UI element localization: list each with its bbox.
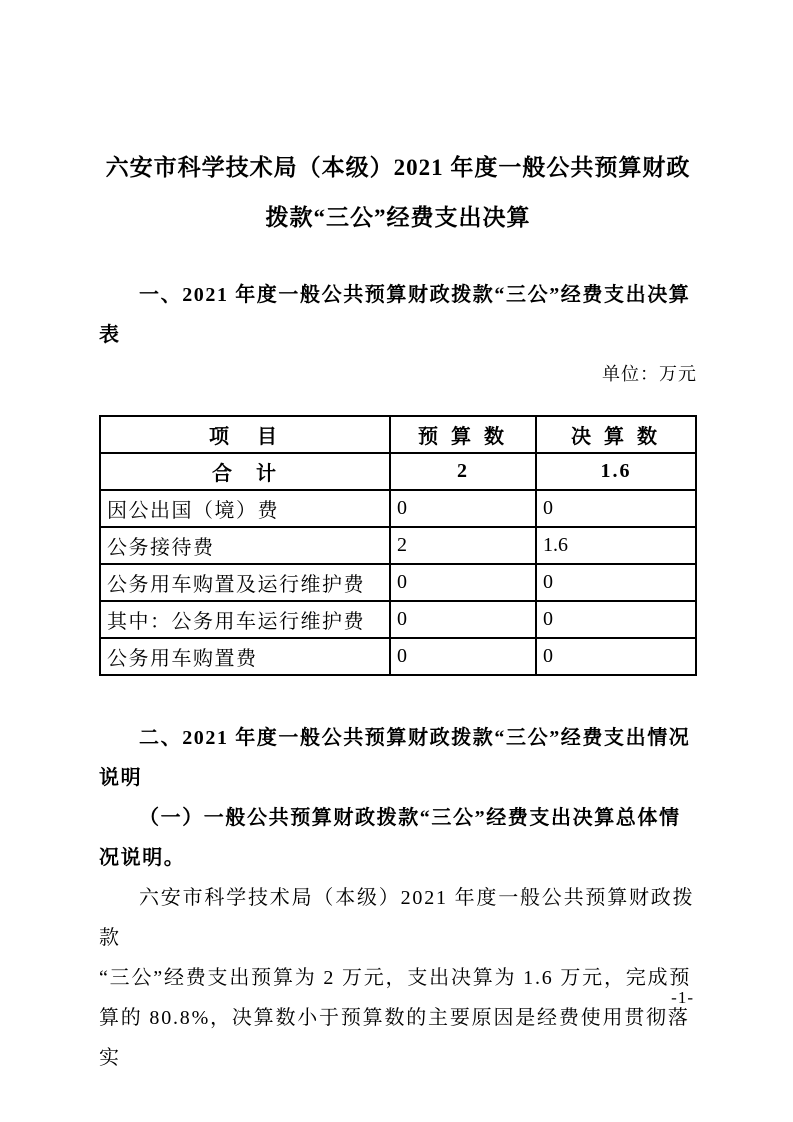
budget-value: 2 [390,453,536,490]
table-row-vehicle-purchase: 公务用车购置费 0 0 [100,638,696,675]
subsection-1-heading: （一）一般公共预算财政拨款“三公”经费支出决算总体情 况说明。 [99,798,697,878]
section-1-heading-line-1: 一、2021 年度一般公共预算财政拨款“三公”经费支出决算 [99,275,697,315]
document-title-line-2: 拨款“三公”经费支出决算 [99,193,697,243]
column-header-budget: 预 算 数 [390,416,536,453]
page-number: -1- [671,988,694,1008]
body-paragraph-line-2: “三公”经费支出预算为 2 万元，支出决算为 1.6 万元，完成预 [99,958,697,998]
budget-value: 2 [390,527,536,564]
final-value: 1.6 [536,527,696,564]
row-label: 公务用车购置及运行维护费 [100,564,390,601]
unit-label: 单位：万元 [99,359,697,389]
subsection-1-heading-line-2: 况说明。 [99,838,697,878]
final-value: 0 [536,490,696,527]
table-row-vehicle-operation: 其中：公务用车运行维护费 0 0 [100,601,696,638]
table-header-row: 项 目 预 算 数 决 算 数 [100,416,696,453]
section-1-heading-line-2: 表 [99,315,697,355]
section-2-heading-line-2: 说明 [99,758,697,798]
body-paragraph: 六安市科学技术局（本级）2021 年度一般公共预算财政拨款 “三公”经费支出预算… [99,878,697,1078]
document-title: 六安市科学技术局（本级）2021 年度一般公共预算财政 拨款“三公”经费支出决算 [99,143,697,243]
section-2-heading: 二、2021 年度一般公共预算财政拨款“三公”经费支出情况 说明 [99,718,697,798]
budget-value: 0 [390,601,536,638]
subsection-1-heading-line-1: （一）一般公共预算财政拨款“三公”经费支出决算总体情 [99,798,697,838]
row-label: 其中：公务用车运行维护费 [100,601,390,638]
row-label: 因公出国（境）费 [100,490,390,527]
budget-value: 0 [390,490,536,527]
body-paragraph-line-3: 算的 80.8%，决算数小于预算数的主要原因是经费使用贯彻落实 [99,998,697,1078]
final-value: 0 [536,564,696,601]
final-value: 1.6 [536,453,696,490]
final-value: 0 [536,638,696,675]
table-row-vehicle-total: 公务用车购置及运行维护费 0 0 [100,564,696,601]
table-row-reception-fee: 公务接待费 2 1.6 [100,527,696,564]
budget-value: 0 [390,638,536,675]
document-title-line-1: 六安市科学技术局（本级）2021 年度一般公共预算财政 [99,143,697,193]
row-label: 公务用车购置费 [100,638,390,675]
expense-table: 项 目 预 算 数 决 算 数 合 计 2 1.6 因公出国（境）费 0 0 公… [99,415,697,676]
row-label: 公务接待费 [100,527,390,564]
table-row-total: 合 计 2 1.6 [100,453,696,490]
column-header-item: 项 目 [100,416,390,453]
column-header-final: 决 算 数 [536,416,696,453]
table-row-abroad-fee: 因公出国（境）费 0 0 [100,490,696,527]
row-label: 合 计 [100,453,390,490]
section-2-heading-line-1: 二、2021 年度一般公共预算财政拨款“三公”经费支出情况 [99,718,697,758]
document-page: 六安市科学技术局（本级）2021 年度一般公共预算财政 拨款“三公”经费支出决算… [0,0,793,1122]
final-value: 0 [536,601,696,638]
section-1-heading: 一、2021 年度一般公共预算财政拨款“三公”经费支出决算 表 [99,275,697,355]
budget-value: 0 [390,564,536,601]
body-paragraph-line-1: 六安市科学技术局（本级）2021 年度一般公共预算财政拨款 [99,878,697,958]
